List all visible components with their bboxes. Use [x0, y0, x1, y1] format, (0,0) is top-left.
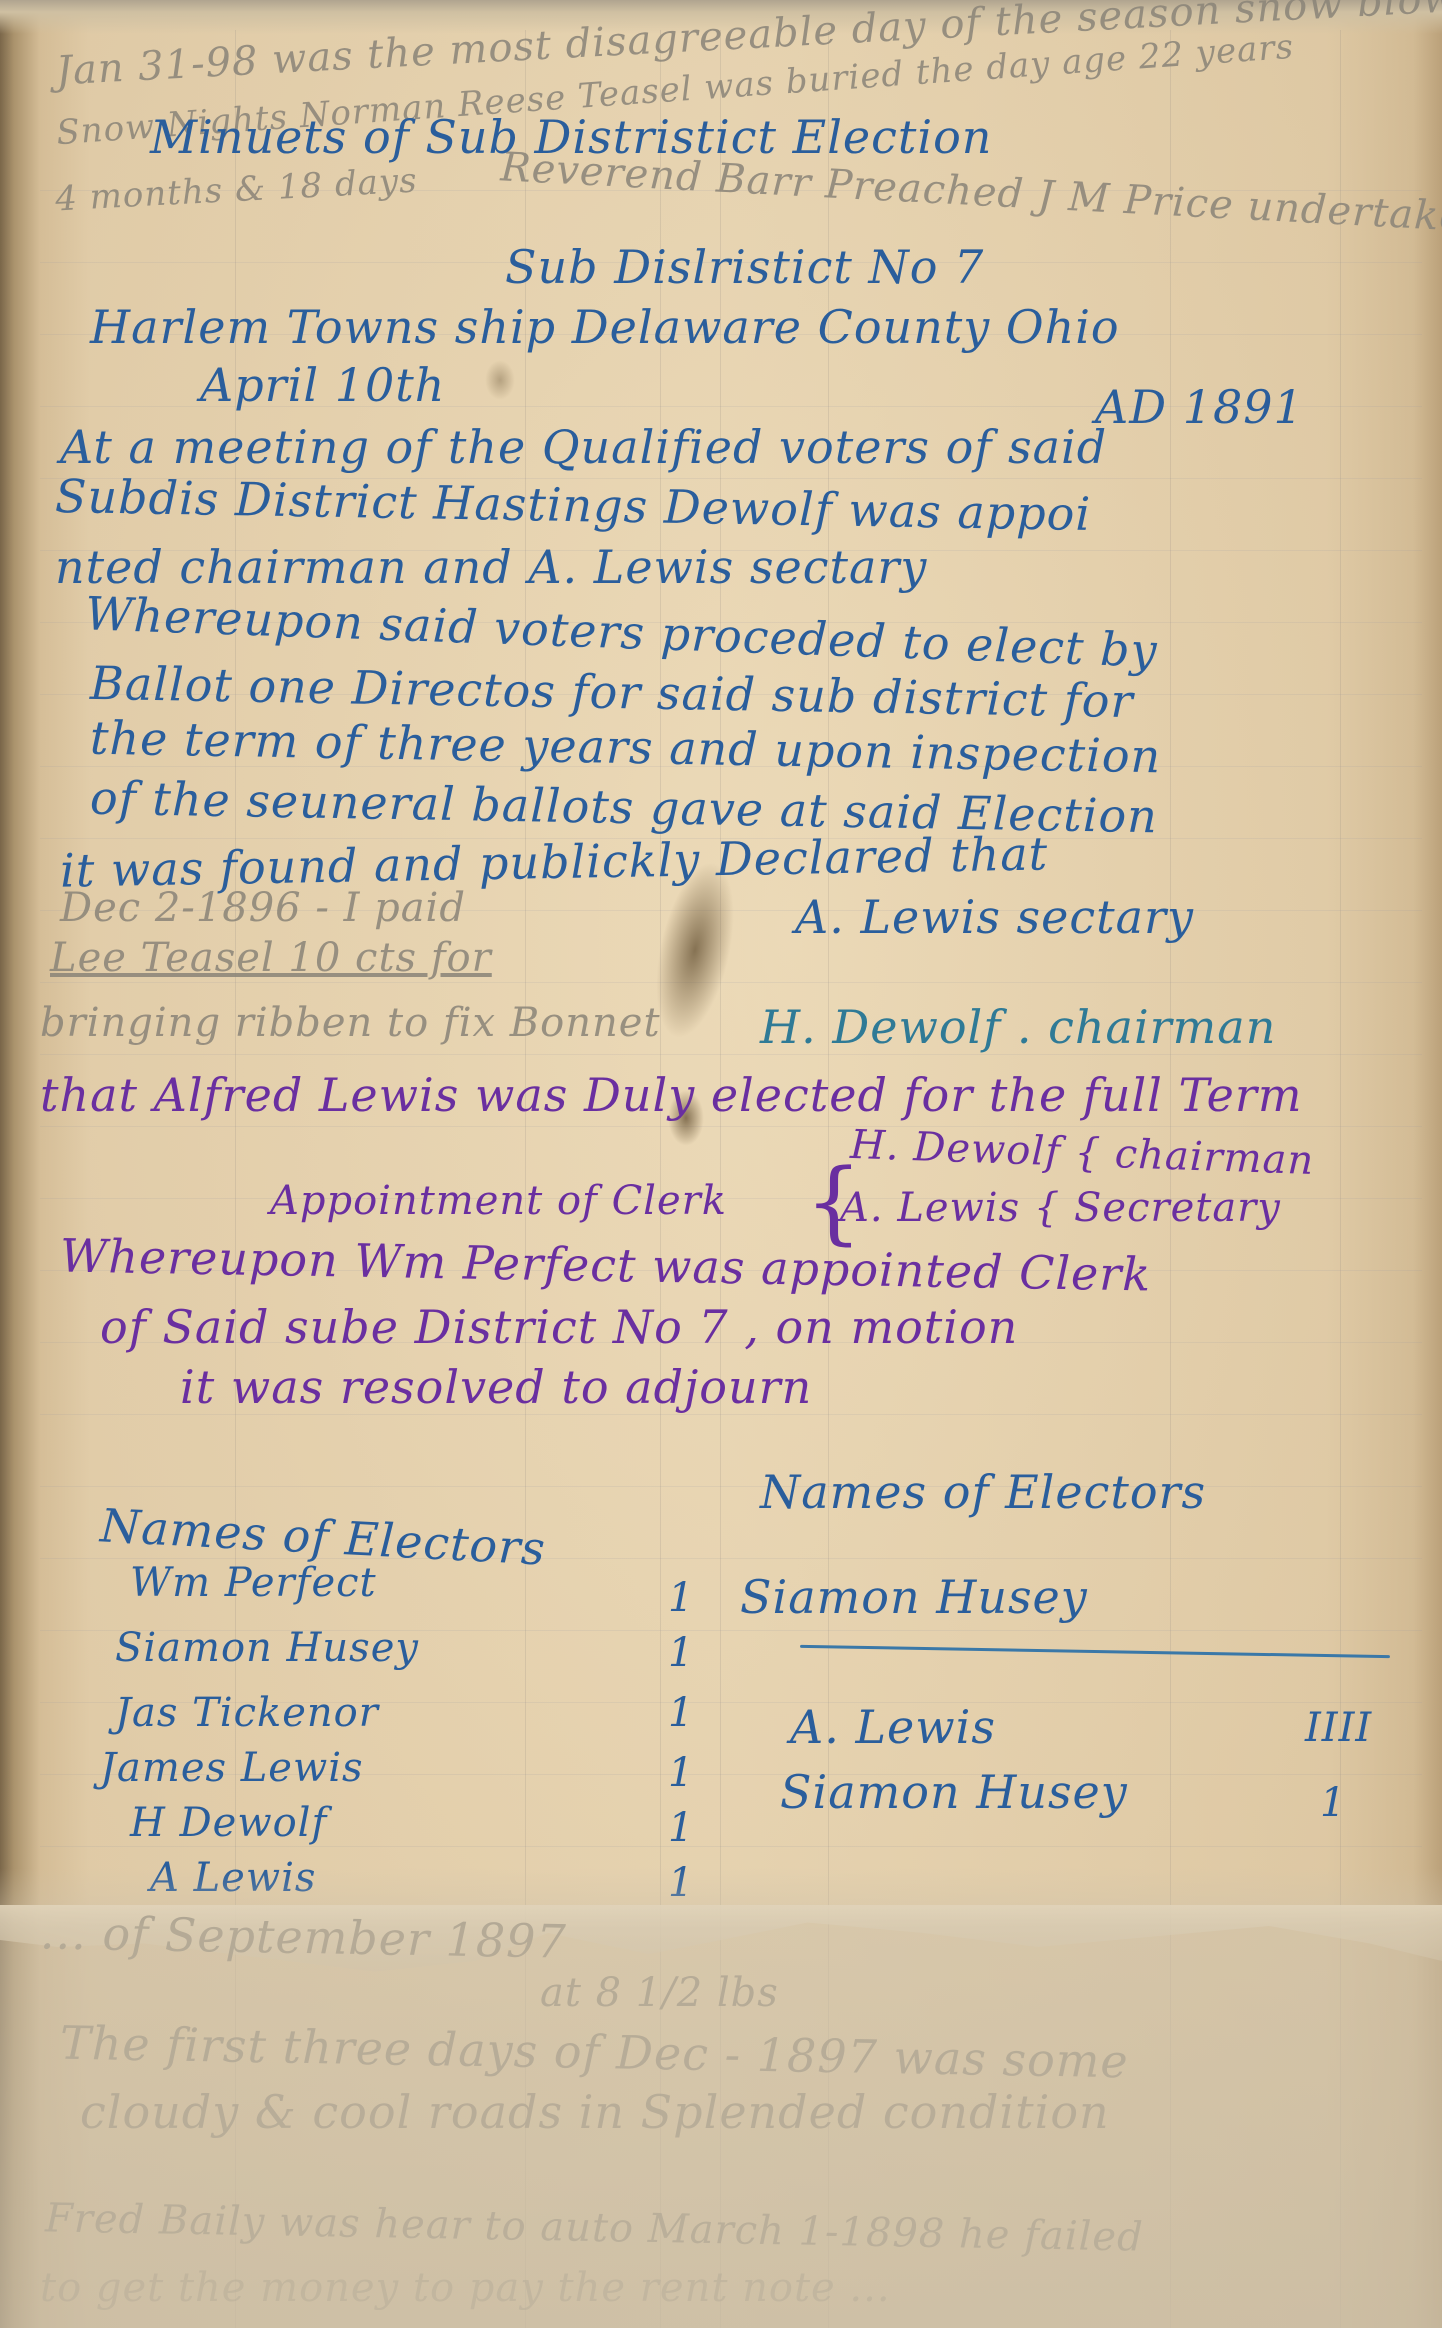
- tally-left-count: 1: [668, 1860, 694, 1906]
- tally-left-name: Jas Tickenor: [115, 1690, 379, 1736]
- minutes-line: At a meeting of the Qualified voters of …: [60, 420, 1107, 474]
- tally-right-count: 1: [1320, 1780, 1346, 1826]
- chairman-signature: H. Dewolf . chairman: [760, 1000, 1276, 1054]
- pencil-note: at 8 1/2 lbs: [540, 1970, 779, 2016]
- ink-stain: [485, 360, 515, 400]
- tally-left-count: 1: [668, 1630, 694, 1676]
- pencil-note: bringing ribben to fix Bonnet: [40, 1000, 661, 1046]
- tally-left-count: 1: [668, 1750, 694, 1796]
- underline-stroke: [800, 1645, 1390, 1658]
- pencil-note: Dec 2-1896 - I paid: [60, 885, 466, 931]
- tally-left-name: A Lewis: [150, 1855, 316, 1901]
- tally-right-top-name: Siamon Husey: [740, 1570, 1088, 1624]
- tally-right-count: IIII: [1305, 1705, 1372, 1751]
- pencil-note: Lee Teasel 10 cts for: [50, 935, 492, 981]
- pencil-note: The first three days of Dec - 1897 was s…: [60, 2016, 1129, 2089]
- minutes-line: it was resolved to adjourn: [180, 1360, 812, 1414]
- declaration-line: that Alfred Lewis was Duly elected for t…: [40, 1068, 1302, 1122]
- column-rule: [1340, 30, 1341, 2328]
- document-title: Minuets of Sub Distristict Election: [150, 110, 992, 164]
- tally-left-name: Wm Perfect: [130, 1560, 377, 1606]
- date-right: AD 1891: [1095, 380, 1304, 434]
- pencil-note: 4 months & 18 days: [54, 161, 418, 220]
- tally-right-name: Siamon Husey: [780, 1765, 1128, 1819]
- secretary-signature-purple: A. Lewis { Secretary: [840, 1185, 1281, 1231]
- chairman-signature-purple: H. Dewolf { chairman: [849, 1122, 1315, 1184]
- tally-left-name: H Dewolf: [130, 1800, 327, 1846]
- tally-left-name: James Lewis: [100, 1745, 364, 1791]
- tally-right-header: Names of Electors: [760, 1465, 1206, 1519]
- minutes-line: nted chairman and A. Lewis sectary: [55, 540, 927, 594]
- minutes-line: Whereupon Wm Perfect was appointed Clerk: [60, 1228, 1152, 1301]
- appointment-heading: Appointment of Clerk: [270, 1178, 727, 1224]
- tally-left-count: 1: [668, 1805, 694, 1851]
- pencil-note: cloudy & cool roads in Splended conditio…: [80, 2085, 1110, 2139]
- pencil-note: ... of September 1897: [40, 1905, 568, 1968]
- pencil-note: Fred Baily was hear to auto March 1-1898…: [45, 2195, 1144, 2260]
- minutes-line: Subdis District Hastings Dewolf was appo…: [55, 469, 1092, 541]
- pencil-note: to get the money to pay the rent note ..…: [40, 2265, 891, 2311]
- minutes-line: of Said sube District No 7 , on motion: [100, 1300, 1018, 1354]
- date-left: April 10th: [200, 358, 445, 412]
- secretary-signature: A. Lewis sectary: [795, 890, 1194, 944]
- tally-left-count: 1: [668, 1690, 694, 1736]
- document-subtitle: Sub Dislristict No 7: [505, 240, 984, 294]
- ledger-page: Jan 31-98 was the most disagreeable day …: [0, 0, 1442, 2328]
- location-line: Harlem Towns ship Delaware County Ohio: [90, 300, 1120, 354]
- tally-left-name: Siamon Husey: [115, 1625, 419, 1671]
- tally-left-count: 1: [668, 1575, 694, 1621]
- tally-right-name: A. Lewis: [790, 1700, 996, 1754]
- torn-paper-edge: [0, 1905, 1442, 1975]
